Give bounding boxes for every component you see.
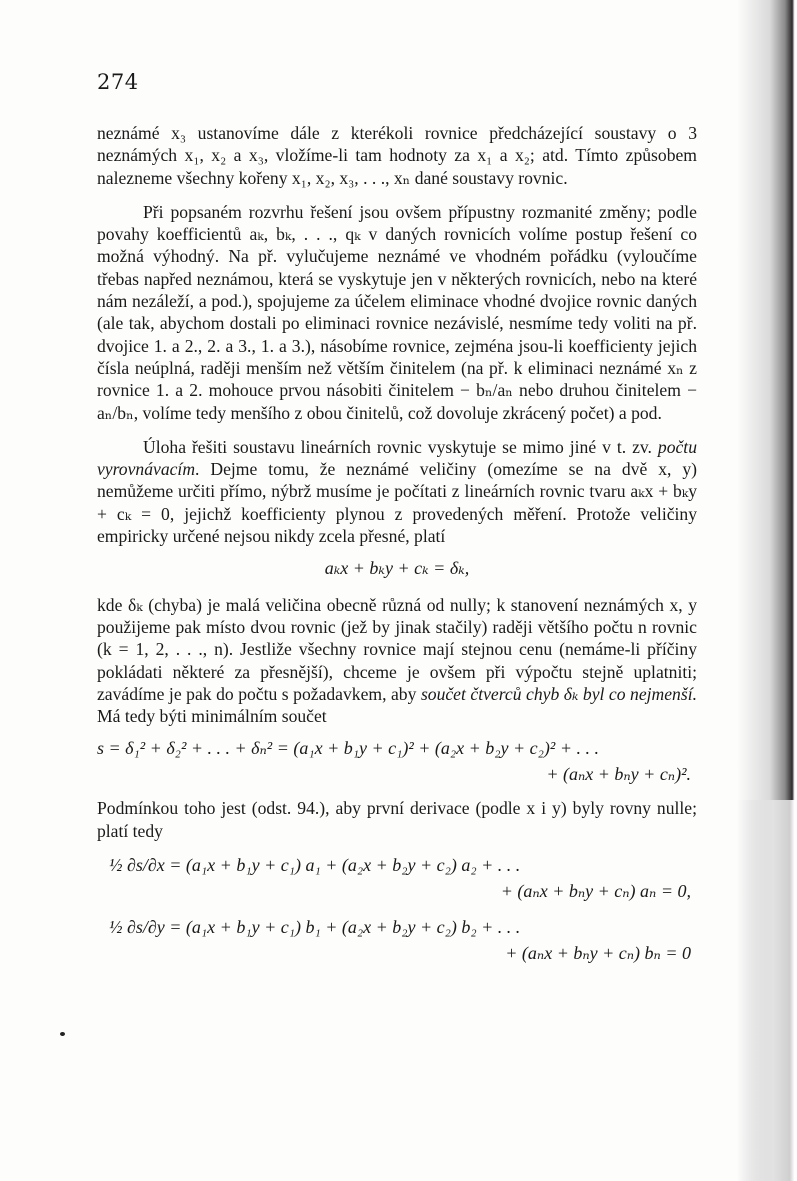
derivative-x-equation: ½ ∂s/∂x = (a₁x + b₁y + c₁) a₁ + (a₂x + b… [109,852,697,904]
page-binding-shadow-lower [737,800,797,1181]
book-page: 274 neznámé x₃ ustanovíme dále z kteréko… [0,0,797,1181]
derivative-y-equation: ½ ∂s/∂y = (a₁x + b₁y + c₁) b₁ + (a₂x + b… [109,914,697,966]
paragraph: Úloha řešiti soustavu lineárních rovnic … [97,436,697,547]
paragraph: Při popsaném rozvrhu řešení jsou ovšem p… [97,201,697,424]
paragraph: kde δₖ (chyba) je malá veličina obecně r… [97,594,697,728]
page-body: neznámé x₃ ustanovíme dále z kterékoli r… [97,122,697,966]
emphasis: součet čtverců chyb δₖ byl co nejmenší. [421,684,697,704]
scan-speck [60,1032,65,1036]
paragraph: Podmínkou toho jest (odst. 94.), aby prv… [97,797,697,842]
sum-of-squares-equation: s = δ₁² + δ₂² + . . . + δₙ² = (a₁x + b₁y… [97,735,697,787]
page-number: 274 [97,70,139,94]
paragraph: neznámé x₃ ustanovíme dále z kterékoli r… [97,122,697,189]
error-equation: aₖx + bₖy + cₖ = δₖ, [97,557,697,579]
